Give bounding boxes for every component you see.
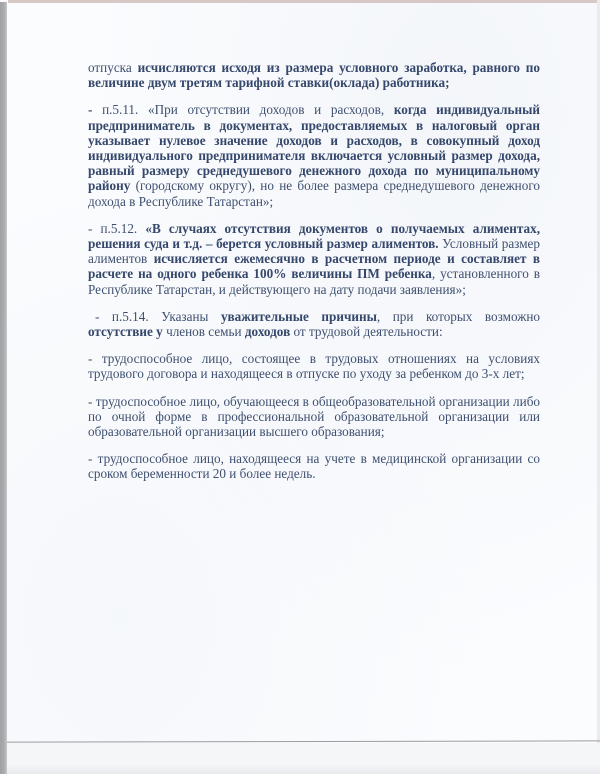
scan-left-edge: [0, 2, 7, 774]
text-run: - трудоспособное лицо, обучающееся в общ…: [88, 394, 540, 439]
scanner-bed-strip: [7, 743, 600, 774]
text-run-bold: уважительные причины: [221, 309, 377, 324]
paragraph-p5-11: - п.5.11. «При отсутствии доходов и расх…: [88, 102, 540, 208]
paragraph-reason-education: - трудоспособное лицо, обучающееся в общ…: [88, 394, 540, 440]
paragraph-p5-12: - п.5.12. «В случаях отсутствия документ…: [88, 221, 540, 297]
text-run: , при которых возможно: [377, 309, 540, 324]
text-run: от трудовой деятельности:: [290, 324, 442, 339]
text-run-bold: отсутствие у: [88, 324, 166, 339]
text-run: - трудоспособное лицо, находящееся на уч…: [88, 451, 540, 481]
text-run: - п.5.12.: [88, 221, 145, 236]
text-run: п.5.11. «При отсутствии доходов и расход…: [102, 102, 394, 117]
text-run: - п.5.14. Указаны: [95, 309, 221, 324]
document-text: отпуска исчисляются исходя из размера ус…: [88, 60, 540, 494]
paragraph-p5-14: - п.5.14. Указаны уважительные причины, …: [88, 309, 540, 339]
text-run: - трудоспособное лицо, состоящее в трудо…: [88, 351, 540, 381]
text-run: (городскому округу), но не более размера…: [88, 178, 540, 208]
paragraph-reason-pregnancy: - трудоспособное лицо, находящееся на уч…: [88, 451, 540, 481]
scanned-page: отпуска исчисляются исходя из размера ус…: [0, 0, 600, 774]
text-run-bold: доходов: [245, 324, 290, 339]
text-run: отпуска: [88, 60, 138, 75]
paragraph-vacation-earnings: отпуска исчисляются исходя из размера ус…: [88, 60, 540, 90]
paragraph-reason-childcare: - трудоспособное лицо, состоящее в трудо…: [88, 351, 540, 381]
text-run-bold: исчисляются исходя из размера условного …: [88, 60, 540, 90]
text-run-bold: -: [88, 102, 102, 117]
text-run: членов семьи: [166, 324, 245, 339]
scan-top-edge: [8, 0, 600, 3]
